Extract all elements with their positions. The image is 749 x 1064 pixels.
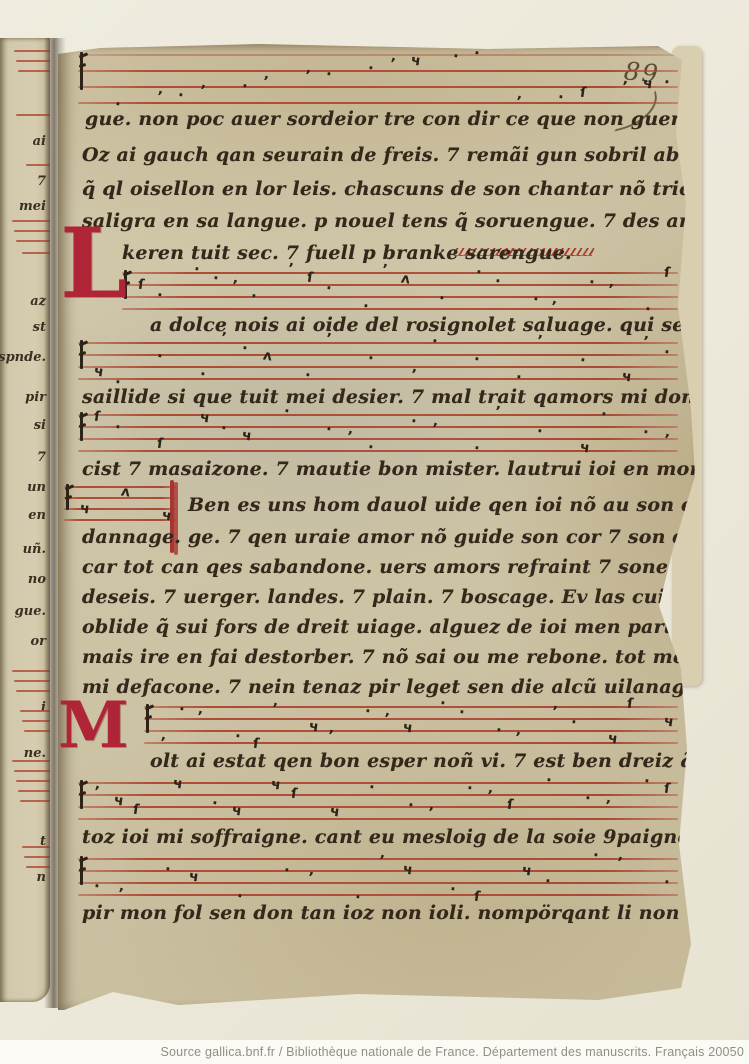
clef-icon xyxy=(146,704,149,733)
neume-mark: · xyxy=(452,47,460,66)
verso-page-edge: ai7meiazstspnde.pirsi7unenuñ.nogue.orine… xyxy=(0,38,50,1002)
neume-mark: · xyxy=(437,289,445,308)
neume-mark: ſ xyxy=(132,802,140,819)
neume-mark: · xyxy=(494,272,502,291)
neume-mark: · xyxy=(663,73,671,92)
neume-mark: · xyxy=(304,366,312,385)
neume-mark: · xyxy=(588,273,596,292)
neume-mark: · xyxy=(663,343,671,362)
neume-mark: ч xyxy=(402,719,414,736)
neume-mark: · xyxy=(325,420,333,439)
text-line: a dolce nois ai oide del rosignolet salu… xyxy=(150,312,749,338)
staff-line xyxy=(78,354,678,356)
staff-line xyxy=(78,414,678,416)
staff-line xyxy=(78,782,678,784)
neume-mark: · xyxy=(93,877,101,896)
staff-line xyxy=(122,296,678,298)
neume-mark: · xyxy=(407,796,415,815)
illuminated-initial: M xyxy=(58,700,129,752)
text-line: car tot can qes sabandone. uers amors re… xyxy=(82,554,749,580)
text-line: saillide si que tuit mei desier. 7 mal t… xyxy=(82,384,749,410)
verso-text-fragment: pir xyxy=(25,390,46,405)
neume-mark: · xyxy=(219,419,227,438)
manuscript-scan-viewer: ai7meiazstspnde.pirsi7unenuñ.nogue.orine… xyxy=(0,0,749,1064)
clef-icon xyxy=(80,340,83,369)
verso-text-fragment: mei xyxy=(19,199,46,214)
staff-line xyxy=(78,882,678,884)
text-line: saligra en sa langue. p nouel tens q̃ so… xyxy=(82,208,736,234)
neume-mark: · xyxy=(177,700,185,719)
neume-mark: · xyxy=(531,290,539,309)
staff-line xyxy=(78,818,678,820)
neume-mark: · xyxy=(156,347,164,366)
neume-mark: · xyxy=(164,860,172,879)
neume-mark: ч xyxy=(270,776,282,793)
neume-mark: ч xyxy=(607,730,619,747)
neume-mark: ʼ xyxy=(383,711,391,728)
neume-mark: ʼ xyxy=(431,421,439,438)
neume-mark: ʼ xyxy=(196,709,204,726)
staff-line xyxy=(78,894,678,896)
neume-mark: ч xyxy=(621,368,633,385)
neume-mark: ч xyxy=(113,792,125,809)
neume-mark: ч xyxy=(172,775,184,792)
verso-text-fragment: spnde. xyxy=(0,350,46,365)
text-line: Oz ai gauch qan seurain de freis. 7 remã… xyxy=(82,142,716,168)
neume-mark: ʼ xyxy=(410,367,418,384)
neume-mark: ſ xyxy=(578,85,586,102)
caption-bar: Source gallica.bnf.fr / Bibliothèque nat… xyxy=(0,1040,749,1064)
neume-mark: ſ xyxy=(289,786,297,803)
neume-mark: ч xyxy=(308,718,320,735)
staff-line xyxy=(78,102,678,104)
neume-mark: ʼ xyxy=(346,429,354,446)
staff-line xyxy=(78,342,678,344)
neume-mark: · xyxy=(241,77,249,96)
staff-line xyxy=(64,519,176,521)
text-line: mi defacone. 7 nein tenaz pir leget sen … xyxy=(82,674,704,700)
manuscript-page: 89 ʼ·ʼ·ʼ·ʼʼ··ʼч··ʼ·ſʼч·ſ···ʼ·ʼſ··ʼʌ····ʼ… xyxy=(58,44,698,1012)
staff-line xyxy=(122,308,678,310)
neume-mark: · xyxy=(544,872,552,891)
verso-text-fragment: uñ. xyxy=(23,542,46,557)
neume-mark: · xyxy=(663,873,671,892)
text-line: oblide q̃ sui fors de dreit uiage. algue… xyxy=(82,614,713,640)
neume-mark: ʼ xyxy=(621,79,629,96)
verso-text-fragment: gue. xyxy=(15,604,46,619)
neume-mark: · xyxy=(367,438,375,457)
neume-mark: · xyxy=(325,279,333,298)
staff-line xyxy=(64,486,176,488)
neume-mark: ч xyxy=(402,861,414,878)
neume-mark: · xyxy=(643,772,651,791)
staff-line xyxy=(78,426,678,428)
neume-mark: ʼ xyxy=(663,432,671,449)
neume-mark: · xyxy=(283,861,291,880)
text-line: deseis. 7 uerger. landes. 7 plain. 7 bos… xyxy=(82,584,739,610)
neume-mark: ч xyxy=(520,862,532,879)
neume-mark: ч xyxy=(642,75,654,92)
staff-line xyxy=(78,86,678,88)
staff-line xyxy=(144,706,678,708)
neume-mark: ſ xyxy=(663,265,671,282)
neume-mark: ч xyxy=(578,439,590,456)
neume-mark: · xyxy=(211,794,219,813)
neume-mark: · xyxy=(325,65,333,84)
neume-mark: ʌ xyxy=(262,347,273,364)
staff-line xyxy=(78,70,678,72)
text-line: Ben es uns hom dauol uide qen ioi nõ au … xyxy=(188,492,726,518)
staff-line xyxy=(144,742,678,744)
neume-mark: ч xyxy=(410,52,422,69)
staff-line xyxy=(78,366,678,368)
neume-mark: · xyxy=(367,59,375,78)
text-line: cist 7 masaizone. 7 mautie bon mister. l… xyxy=(82,456,703,482)
text-line: dannage. ge. 7 qen uraie amor nõ guide s… xyxy=(82,524,744,550)
neume-mark: ч xyxy=(231,802,243,819)
neume-mark: · xyxy=(473,44,481,63)
neume-mark: ч xyxy=(79,500,91,517)
neume-mark: ʼ xyxy=(378,853,386,870)
neume-mark: ч xyxy=(198,409,210,426)
neume-mark: ſ xyxy=(506,797,514,814)
verso-text-fragment: ne. xyxy=(24,746,46,761)
neume-mark: ʼ xyxy=(304,68,312,85)
neume-mark: · xyxy=(249,287,257,306)
clef-icon xyxy=(80,856,83,885)
staff-line xyxy=(78,378,678,380)
neume-mark: ʼ xyxy=(93,784,101,801)
text-line: pir mon fol sen don tan ioz non ioli. no… xyxy=(82,900,680,926)
text-line: q̃ ql oisellon en lor leis. chascuns de … xyxy=(82,176,718,202)
neume-mark: · xyxy=(367,349,375,368)
text-line: gue. non poc auer sordeior tre con dir c… xyxy=(85,106,731,132)
neume-mark: · xyxy=(156,286,164,305)
neume-mark: ſ xyxy=(93,409,101,426)
text-line: olt ai estat qen bon esper noñ vi. 7 est… xyxy=(150,748,694,774)
neume-mark: · xyxy=(584,789,592,808)
neume-mark: ʼ xyxy=(486,788,494,805)
text-line: toz ioi mi soffraigne. cant eu mesloig d… xyxy=(82,824,690,850)
neume-mark: · xyxy=(569,713,577,732)
clef-icon xyxy=(80,412,83,441)
neume-mark: ч xyxy=(329,803,341,820)
neume-mark: ſ xyxy=(137,277,145,294)
staff-line xyxy=(78,54,678,56)
neume-mark: ʼ xyxy=(231,278,239,295)
text-line: mais ire en fai destorber. 7 nõ sai ou m… xyxy=(82,644,734,670)
clef-icon xyxy=(80,52,83,90)
neume-mark: · xyxy=(495,721,503,740)
clef-icon xyxy=(80,780,83,809)
source-caption: Source gallica.bnf.fr / Bibliothèque nat… xyxy=(160,1045,749,1059)
illuminated-initial: L xyxy=(60,225,128,304)
neume-mark: ʼ xyxy=(604,798,612,815)
neume-mark: ч xyxy=(663,713,675,730)
neume-mark: ч xyxy=(241,427,253,444)
neume-mark: ʼ xyxy=(271,701,279,718)
neume-mark: · xyxy=(473,439,481,458)
clef-icon xyxy=(66,484,69,510)
text-line: keren tuit sec. 7 fuell p branke sarengu… xyxy=(122,240,572,266)
